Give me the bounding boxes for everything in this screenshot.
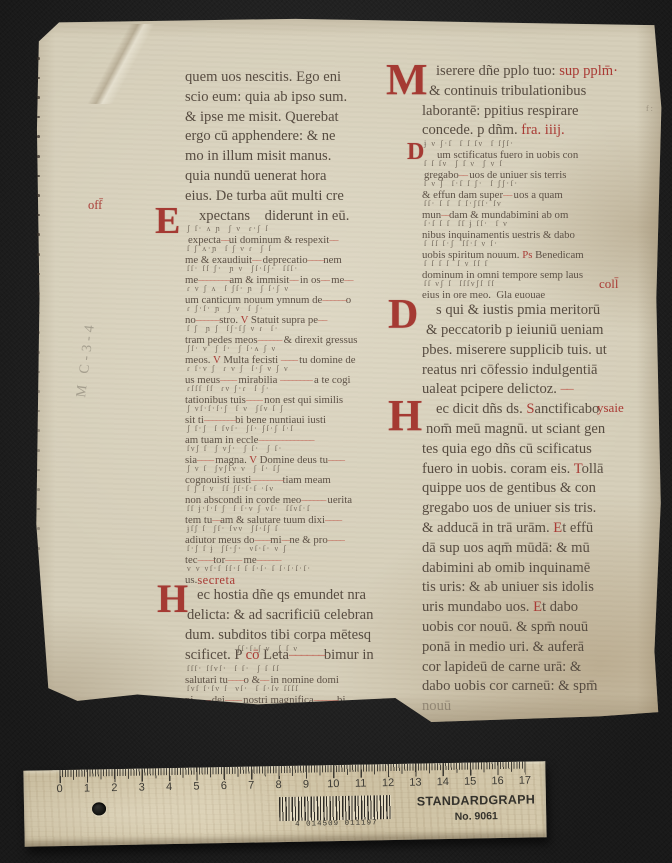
ruler-cm-number: 2	[111, 782, 117, 794]
body-text: tiam meam	[282, 474, 330, 486]
body-text: ollā	[582, 461, 604, 477]
chant-line: ſſſ· ſſνſ· ſ ſ· ʃ ſ ſſsalutari tu––––o &…	[185, 666, 423, 686]
margin-rubric-label: ysaie	[597, 400, 624, 416]
body-text: dabimini ab omib inquinamē	[422, 560, 590, 576]
body-text: tis uris: & ab uniuer sis idolis	[422, 579, 594, 595]
line-text: ec dicit dñs ds. Sanctificabo	[422, 400, 672, 420]
neume-notation: ʃſ·ſ·ʃ ν ʃ ſ ν	[187, 645, 299, 653]
neume-notation: ſſ ɉ·ſ·ſ ʃ ſ ſ·ν ʃ νſ· ſſνſ·ſ	[187, 505, 311, 513]
line-text: ec hostia dñe qs emundet nra	[185, 586, 423, 606]
line-text: uius nos dñe pceptio mur ;·	[185, 706, 423, 726]
ruler-cm-number: 12	[382, 777, 394, 789]
illuminated-initial: D	[388, 299, 418, 333]
body-text: tes quia ego dñs cū scificatus	[422, 441, 592, 457]
line-text: & peccatorib p ieiuniū ueniam	[422, 321, 672, 341]
red-extender-line: ––	[318, 314, 326, 326]
neume-notation: ſ ʃ ɲ ʃ ſʃ·ſʃ ν ɾ ſ·	[187, 325, 279, 333]
neume-notation: ſſ· ſ ſ ſ ſ·ʃſſ· ſν	[424, 200, 502, 208]
body-text: mo in illum misit manus.	[185, 148, 331, 164]
illuminated-initial: D	[407, 143, 424, 162]
body-text: xpectans diderunt in eū.	[199, 208, 349, 224]
body-text: & adducā in trā urām.	[422, 520, 553, 536]
pricking-hole	[37, 194, 40, 197]
neume-notation: ʃ ſ·ʃ ſ ſνſ· ʃſ· ʃſ·ʃ ſ·ſ	[187, 425, 294, 433]
body-text: t effū	[562, 520, 593, 536]
line-text: & continuis tribulationibus	[422, 82, 672, 102]
neume-notation: ſſ· ſſ ʃ· ɲ ν ʃſ·ſʃ· ſſſ·	[187, 265, 299, 273]
line-text: ni–––– dei–––– nostri magnifica––––––bi	[185, 694, 345, 706]
text-line: dabimini ab omib inquinamē	[422, 559, 672, 579]
illuminated-initial: H	[157, 583, 188, 615]
red-extender-line: ––––––	[322, 294, 345, 306]
text-line: tis uris: & ab uniuer sis idolis	[422, 578, 672, 598]
body-text: ponā in medio uri. & auferā	[422, 639, 584, 655]
text-line: pbes. miserere supplicib tuis. ut	[422, 341, 672, 361]
text-line: quippe uos de gentibus & con	[422, 479, 672, 499]
line-text: ualeat pcipere delictoz. lect̄––	[422, 380, 672, 400]
pricking-hole	[37, 429, 40, 432]
pricking-hole	[37, 135, 40, 138]
neume-notation: ɾ ʃ·ſ· ɲ ʃ ν ſ ʃ·	[187, 305, 264, 313]
body-text: Benedicam	[535, 249, 584, 261]
body-text: o	[346, 294, 351, 306]
line-text: mo in illum misit manus.	[185, 147, 423, 167]
line-text: tis uris: & ab uniuer sis idolis	[422, 578, 672, 598]
body-text: quia nundū uenerat hora	[185, 168, 326, 184]
neume-notation: ſ ſ ſ ſ ſ ν ſſ ſ	[424, 260, 489, 268]
ruler-cm-number: 5	[193, 781, 199, 793]
line-text: dabimini ab omib inquinamē	[422, 559, 672, 579]
body-text: gregabo uos de uniuer sis tris.	[422, 500, 596, 516]
pricking-hole	[37, 292, 40, 295]
text-line: eius. De turba aūt multi cre	[185, 187, 423, 207]
line-text: & adducā in trā urām. Et effū	[422, 519, 672, 539]
text-line: uobis cor nouū. & spm̄ nouū	[422, 618, 672, 638]
ruler-brand-label: STANDARDGRAPH	[406, 792, 546, 809]
illuminated-initial: h	[183, 704, 204, 734]
line-text: pbes. miserere supplicib tuis. ut	[422, 341, 672, 361]
body-text: a te cogi	[311, 374, 350, 386]
text-line: cor lapideū de carne urā: &	[422, 658, 672, 678]
pricking-hole	[37, 351, 40, 354]
line-text: nom̄ meū magnū. ut sciant gen	[422, 420, 672, 440]
body-text: & continuis tribulationibus	[429, 83, 586, 99]
body-text: eius in ore meo. Gla euouae	[422, 289, 545, 301]
text-line: nouū	[422, 697, 672, 717]
text-line: iserere dñe pplo tuo: sup pplm̄·M	[422, 62, 672, 82]
neume-notation: ɉ ν ʃ·ſ ſ ſ ſν ſ ſʃſ·	[424, 140, 514, 148]
body-text: bi	[337, 694, 345, 706]
text-line: ec hostia dñe qs emundet nraH	[185, 586, 423, 606]
pricking-hole	[37, 96, 40, 99]
text-line: ponā in medio uri. & auferā	[422, 638, 672, 658]
margin-rubric-label: off̄	[88, 198, 102, 213]
ruler-cm-number: 1	[84, 783, 90, 795]
neume-notation: ſſ νʃ ſ ſſſνʃſ ſſ	[424, 280, 495, 288]
line-text: gregabo uos de uniuer sis tris.	[422, 499, 672, 519]
pricking-hole	[37, 253, 40, 256]
line-text: uobis cor nouū. & spm̄ nouū	[422, 618, 672, 638]
red-extender-line: ––	[321, 274, 329, 286]
line-text: & ipse me misit. Querebat	[185, 108, 423, 128]
line-text: quippe uos de gentibus & con	[422, 479, 672, 499]
body-text: in os	[297, 274, 320, 286]
red-extender-line: ––	[289, 274, 297, 286]
neume-notation: ʃ ſ· ʌ ɲ ʃ ν ɾ·ʃ ſ	[187, 225, 269, 233]
pricking-hole	[37, 155, 40, 158]
neume-notation: ɾ ν ʃ ʌ ſ ʃſ· ɲ ʃ ſ·ʃ ν	[187, 285, 290, 293]
text-line: dabo uobis cor carneū: & spm̄	[422, 677, 672, 697]
red-extender-line: ––	[503, 189, 511, 201]
red-extender-line: ––––	[225, 694, 241, 706]
ruler-cm-number: 14	[437, 776, 449, 788]
body-text: concede. p dñm.	[422, 122, 521, 138]
pricking-hole	[37, 175, 40, 178]
body-text: nostri magnifica	[240, 694, 313, 706]
body-text: s qui & iustis pmia meritorū	[436, 302, 600, 318]
rubric-text: sup pplm̄·	[559, 63, 618, 79]
body-text: nouū	[422, 698, 451, 714]
body-text: uius nos dñe pceptio	[215, 707, 342, 723]
line-text: s qui & iustis pmia meritorū	[422, 301, 672, 321]
body-text: uris mundabo uos.	[422, 599, 533, 615]
rubric-text: S	[526, 401, 534, 417]
body-text: ualeat pcipere delictoz.	[422, 381, 561, 397]
line-text: laborantē: ppitius respirare	[422, 102, 672, 122]
margin-rubric-label: f :	[646, 104, 653, 113]
line-text: iserere dñe pplo tuo: sup pplm̄·	[422, 62, 672, 82]
red-extender-line: ––––––	[289, 647, 324, 663]
right-text-column: iserere dñe pplo tuo: sup pplm̄·M& conti…	[422, 62, 672, 717]
rubric-text: lect̄	[663, 380, 672, 400]
text-line: uris mundabo uos. Et dabo	[422, 598, 672, 618]
ruler-cm-number: 8	[275, 779, 281, 791]
text-line: & peccatorib p ieiuniū ueniam	[422, 321, 672, 341]
neume-notation: ſſſ· ſſνſ· ſ ſ· ʃ ſ ſſ	[187, 664, 280, 672]
neume-notation: ſ ʃ ʌ·ɲ ſ ʃ ν ɾ ʃ ſ	[187, 245, 272, 253]
pricking-hole	[37, 312, 40, 315]
body-text: ergo cū apphendere: & ne	[185, 128, 335, 144]
rubric-text: fra. iiij.	[521, 122, 564, 138]
red-extender-line: ––	[329, 234, 337, 246]
body-text: pbes. miserere supplicib tuis. ut	[422, 342, 607, 358]
body-text: nom̄ meū magnū. ut sciant gen	[426, 421, 605, 437]
pricking-hole	[37, 273, 40, 276]
text-line: ergo cū apphendere: & ne	[185, 127, 423, 147]
fold-crease	[34, 24, 204, 104]
ruler-cm-number: 11	[355, 778, 367, 790]
red-extender-line: ––––	[328, 534, 344, 546]
body-text: dā sup uos aqm̄ mūdā: & mū	[422, 540, 590, 556]
body-text: dum. subditos tibi corpa mētesq	[185, 627, 371, 643]
manuscript-page: quem uos nescitis. Ego eniscio eum: quia…	[30, 16, 662, 722]
pricking-hole	[37, 488, 40, 491]
red-extender-line: ––––	[308, 254, 324, 266]
neume-notation: ʃſ· ν ʃ ſ· ʃ ſ·ʌ ʃ ν	[187, 345, 277, 353]
rubric-text: E	[553, 520, 562, 536]
body-text: nem	[323, 254, 342, 266]
pricking-hole	[37, 331, 40, 334]
rubric-text: Ps	[522, 249, 535, 261]
line-text: quia nundū uenerat hora	[185, 167, 423, 187]
line-text: fuero in uobis. coram eis. Tollā	[422, 460, 672, 480]
chant-line: ν ν νſ·ſ ſſ·ſ ſ ſ·ſ· ſ ſ·ſ·ſ·ſ·us.secret…	[185, 566, 423, 586]
neume-notation: ſνʃ ſ ʃ νʃ· ʃ ſ· ʃ ſ·	[187, 445, 283, 453]
neume-notation: ſ·ſ ſ ſ ſſ ɉ ſſ· ſ ν	[424, 220, 508, 228]
ruler-cm-number: 7	[248, 780, 254, 792]
body-text: reatus nri cōfessio indulgentiā	[422, 362, 597, 378]
ruler-cm-number: 17	[519, 774, 531, 786]
red-extender-line: ––	[561, 381, 573, 397]
neume-notation: ɾ ſ·ν ʃ ɾ ν ʃ ſ·ʃ ν ʃ ν	[187, 365, 289, 373]
ruler-hanging-hole	[92, 802, 106, 815]
body-text: t dabo	[542, 599, 578, 615]
text-line: quia nundū uenerat hora	[185, 167, 423, 187]
pricking-hole	[37, 547, 40, 550]
ruler-cm-number: 13	[409, 776, 421, 788]
text-line: ec dicit dñs ds. SanctificaboH	[422, 400, 672, 420]
red-extender-line: ––––––	[314, 694, 337, 706]
body-text: anctificabo	[535, 401, 600, 417]
neume-notation: ſ ſſ ſ·ʃ ſſ·ſ ν ſ·	[424, 240, 498, 248]
body-text: delicta: & ad sacrificiū celebran	[187, 607, 373, 623]
body-text: quippe uos de gentibus & con	[422, 480, 596, 496]
ruler: 4 014509 011197 STANDARDGRAPH No. 9061 0…	[23, 761, 546, 847]
pricking-hole	[37, 527, 40, 530]
neume-notation: ſ ſ ſν ʃ ſ ν ʃ ν ſ	[424, 160, 503, 168]
line-text: reatus nri cōfessio indulgentiā	[422, 361, 672, 381]
body-text: & peccatorib p ieiuniū ueniam	[426, 322, 604, 338]
body-text: tu domine de	[296, 354, 355, 366]
ruler-cm-number: 0	[57, 783, 63, 795]
line-text: uris mundabo uos. Et dabo	[422, 598, 672, 618]
line-text: us.secreta	[185, 574, 236, 586]
ruler-cm-number: 9	[303, 779, 309, 791]
body-text: fuero in uobis. coram eis.	[422, 461, 574, 477]
line-text: nouū	[422, 697, 672, 717]
body-text: dabo uobis cor carneū: & spm̄	[422, 678, 598, 694]
line-text: eius. De turba aūt multi cre	[185, 187, 423, 207]
neume-notation: ʃ ν ſ ʃνʃſν ν ʃ ſ· ſʃ	[187, 465, 281, 473]
neume-notation: ɾſſſ ſſ ɾν ʃ·ɾ ſ ʃ·	[187, 385, 270, 393]
body-text: uerita	[325, 494, 352, 506]
line-text: ergo cū apphendere: & ne	[185, 127, 423, 147]
body-text: cor lapideū de carne urā: &	[422, 659, 581, 675]
ruler-cm-number: 6	[221, 780, 227, 792]
ruler-cm-ticks	[59, 762, 525, 784]
pricking-hole	[37, 77, 40, 80]
neume-notation: ſ ʃ ſ ν ſſ ʃſ·ſ·ſ ·ſν	[187, 485, 275, 493]
body-text: scio eum: quia ab ipso sum.	[185, 89, 347, 105]
text-line: & ipse me misit. Querebat	[185, 108, 423, 128]
ruler-cm-number: 15	[464, 775, 476, 787]
line-text: dum. subditos tibi corpa mētesq	[185, 626, 423, 646]
illuminated-initial: E	[155, 206, 180, 236]
line-text: delicta: & ad sacrificiū celebran	[185, 606, 423, 626]
rubric-text: T	[574, 461, 582, 477]
text-line: mo in illum misit manus.	[185, 147, 423, 167]
body-text: eius. De turba aūt multi cre	[185, 188, 344, 204]
text-line: s qui & iustis pmia meritorūD	[422, 301, 672, 321]
body-text: ec dicit dñs ds.	[436, 401, 526, 417]
body-text: & direxit gressus	[281, 334, 357, 346]
chant-line: ſſ νʃ ſ ſſſνʃſ ſſeius in ore meo. Gla eu…	[422, 281, 672, 301]
body-text: laborantē: ppitius respirare	[422, 103, 578, 119]
body-text: ne & pro	[289, 534, 327, 546]
neume-notation: ſ·ʃ ſ ɉ ʃſ·ʃ· νſ·ſ· ν ʃ	[187, 545, 288, 553]
neume-notation: ν ν νſ·ſ ſſ·ſ ſ ſ·ſ· ſ ſ·ſ·ſ·ſ·	[187, 565, 312, 573]
pricking-hole	[37, 57, 40, 60]
body-text: bimur in	[324, 647, 374, 663]
photo-scene: quem uos nescitis. Ego eniscio eum: quia…	[0, 0, 672, 863]
pricking-hole	[37, 469, 40, 472]
margin-rubric-label: coll̄	[599, 276, 619, 292]
neume-notation: ɉſʃ ſ ʃſ· ſνν ʃſ·ſʃ ſ	[187, 525, 279, 533]
line-text: dā sup uos aqm̄ mūdā: & mū	[422, 539, 672, 559]
text-line: ʃſ·ſ·ʃ ν ʃ ſ νscificet. P cō Leta––––––b…	[185, 646, 423, 666]
body-text: uos a quam	[511, 189, 563, 201]
text-line: uius nos dñe pceptio mur ;·h	[185, 706, 423, 726]
body-text: quem uos nescitis. Ego eni	[185, 69, 341, 85]
ruler-cm-number: 10	[327, 778, 339, 790]
body-text: me	[328, 274, 344, 286]
chant-line: ſνſ ſ·ſν ſ νſ· ſ ſ·ſν ſſſſni–––– dei––––…	[185, 686, 423, 706]
neume-notation: ſνſ ſ·ſν ſ νſ· ſ ſ·ſν ſſſſ	[187, 684, 299, 692]
line-text: eius in ore meo. Gla euouae	[422, 289, 545, 301]
line-text: dabo uobis cor carneū: & spm̄	[422, 677, 672, 697]
red-extender-line: ––––––––	[280, 374, 311, 386]
rubric-text: E	[533, 599, 542, 615]
neume-notation: ʃ νſ·ſ·ſ·ʃ ſ ν ʃſν ſ ʃ	[187, 405, 284, 413]
text-line: laborantē: ppitius respirare	[422, 102, 672, 122]
body-text: & ipse me misit. Querebat	[185, 109, 339, 125]
rubric-text: mur ;·	[342, 707, 378, 723]
pricking-hole	[37, 233, 40, 236]
text-line: & continuis tribulationibus	[422, 82, 672, 102]
line-text: cor lapideū de carne urā: &	[422, 658, 672, 678]
text-line: dā sup uos aqm̄ mūdā: & mū	[422, 539, 672, 559]
body-text: iserere dñe pplo tuo:	[436, 63, 559, 79]
text-line: reatus nri cōfessio indulgentiā	[422, 361, 672, 381]
text-line: gregabo uos de uniuer sis tris.	[422, 499, 672, 519]
rubric-text: secreta	[197, 574, 235, 586]
body-text: dei	[209, 694, 225, 706]
text-line: fuero in uobis. coram eis. Tollā	[422, 460, 672, 480]
pricking-hole	[37, 449, 40, 452]
red-extender-line: ––––	[328, 454, 344, 466]
pricking-hole	[37, 371, 40, 374]
pricking-hole	[37, 390, 40, 393]
body-text: uobis cor nouū. & spm̄ nouū	[422, 619, 588, 635]
body-text: ec hostia dñe qs emundet nra	[197, 587, 366, 603]
ruler-model-label: No. 9061	[406, 809, 546, 824]
red-extender-line: ––––	[325, 514, 341, 526]
illuminated-initial: H	[388, 398, 422, 433]
ruler-cm-number: 16	[491, 775, 503, 787]
text-line: & adducā in trā urām. Et effū	[422, 519, 672, 539]
red-extender-line: ––	[344, 274, 352, 286]
line-text: ponā in medio uri. & auferā	[422, 638, 672, 658]
text-line: delicta: & ad sacrificiū celebran	[185, 606, 423, 626]
neume-notation: ſ ν ʃ ſ·ſ ſ ʃ· ſ ʃʃ·ſ·	[424, 180, 519, 188]
line-text: tes quia ego dñs cū scificatus	[422, 440, 672, 460]
text-line: nom̄ meū magnū. ut sciant gen	[422, 420, 672, 440]
ruler-cm-number: 4	[166, 781, 172, 793]
ruler-cm-number: 3	[139, 782, 145, 794]
text-line: tes quia ego dñs cū scificatus	[422, 440, 672, 460]
barcode	[279, 795, 391, 821]
text-line: ualeat pcipere delictoz. lect̄––	[422, 380, 672, 400]
barcode-number: 4 014509 011197	[274, 819, 398, 829]
